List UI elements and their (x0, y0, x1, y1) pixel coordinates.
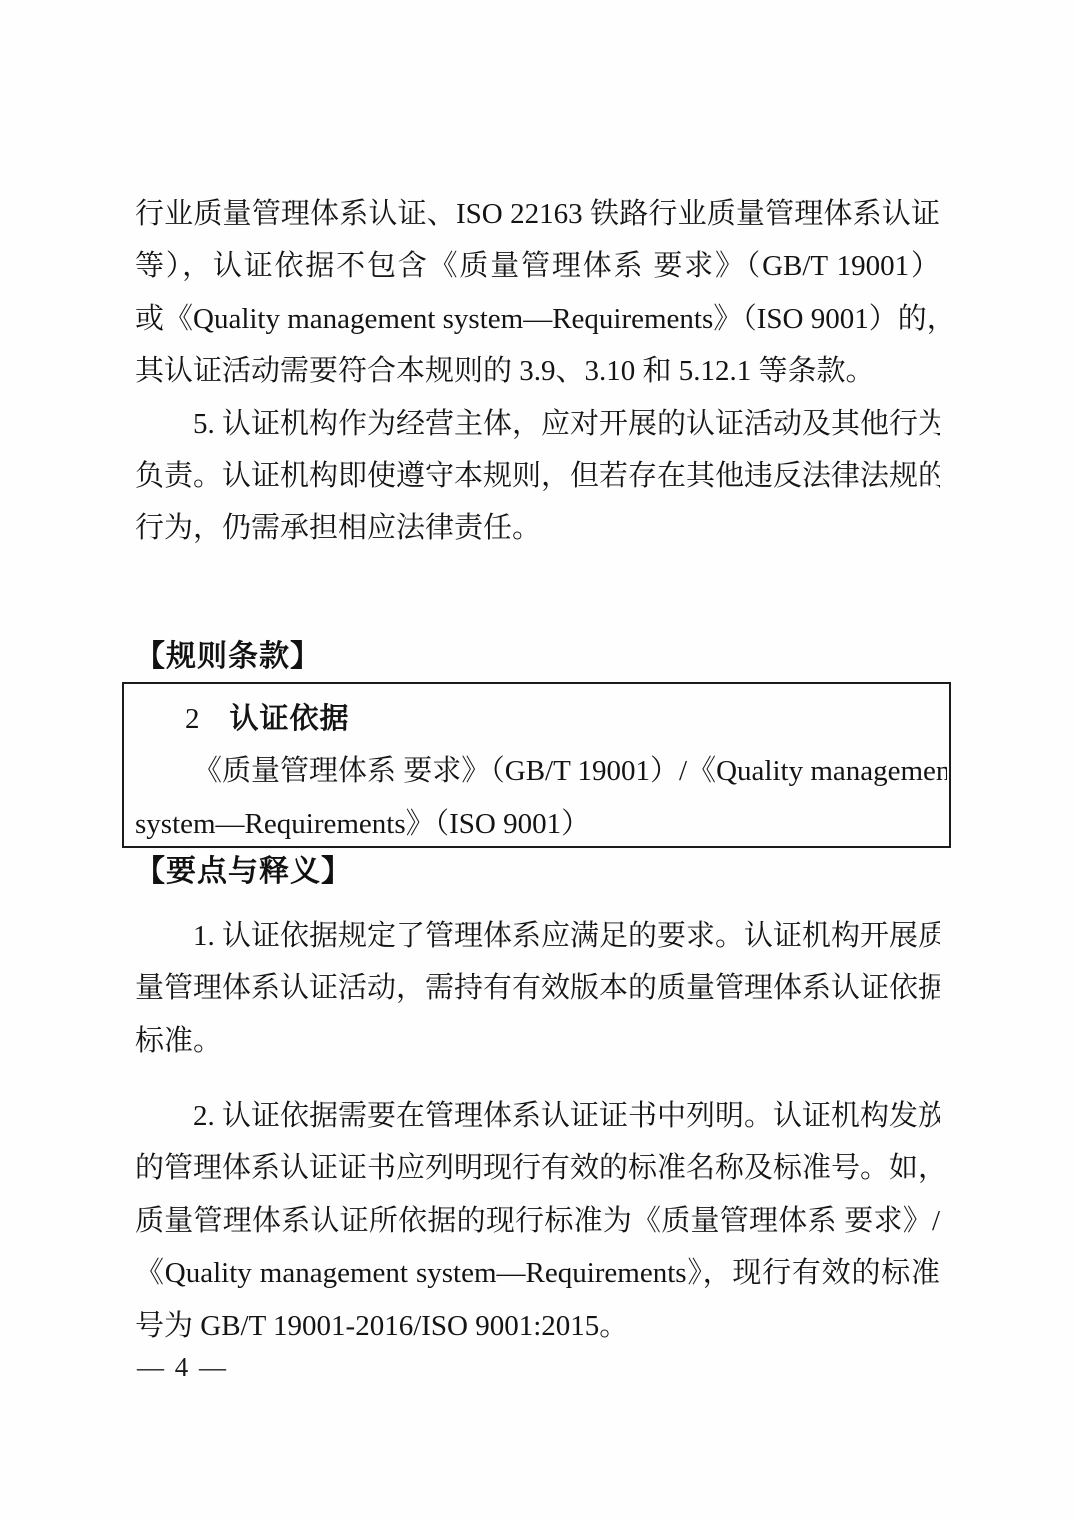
text-line: 或《Quality management system—Requirements… (135, 293, 940, 345)
clause-heading: 2认证依据 (135, 693, 947, 745)
paragraph-point-2: 2. 认证依据需要在管理体系认证证书中列明。认证机构发放的管理体系认证证书应列明… (135, 1090, 940, 1352)
text-line: system—Requirements》（ISO 9001） (135, 798, 947, 850)
text-line: 其认证活动需要符合本规则的 3.9、3.10 和 5.12.1 等条款。 (135, 345, 940, 397)
clause-number: 2 (185, 703, 200, 735)
text-line: 号为 GB/T 19001-2016/ISO 9001:2015。 (135, 1300, 940, 1352)
text-line: 2. 认证依据需要在管理体系认证证书中列明。认证机构发放 (135, 1090, 940, 1142)
paragraph-point-1: 1. 认证依据规定了管理体系应满足的要求。认证机构开展质量管理体系认证活动，需持… (135, 910, 940, 1067)
document-page: 行业质量管理体系认证、ISO 22163 铁路行业质量管理体系认证等），认证依据… (0, 0, 1074, 1520)
points-block-1: 1. 认证依据规定了管理体系应满足的要求。认证机构开展质量管理体系认证活动，需持… (135, 910, 940, 1067)
text-line: 等），认证依据不包含《质量管理体系 要求》（GB/T 19001） (135, 240, 940, 292)
body-text-upper: 行业质量管理体系认证、ISO 22163 铁路行业质量管理体系认证等），认证依据… (135, 188, 940, 555)
rule-clause-box: 2认证依据 《质量管理体系 要求》（GB/T 19001）/《Quality m… (122, 682, 951, 848)
points-block-2: 2. 认证依据需要在管理体系认证证书中列明。认证机构发放的管理体系认证证书应列明… (135, 1090, 940, 1352)
section-header-rule-clause: 【规则条款】 (135, 637, 321, 677)
text-line: 5. 认证机构作为经营主体，应对开展的认证活动及其他行为 (135, 398, 940, 450)
clause-body-paragraph: 《质量管理体系 要求》（GB/T 19001）/《Quality managem… (135, 745, 947, 850)
text-line: 的管理体系认证证书应列明现行有效的标准名称及标准号。如， (135, 1142, 940, 1194)
paragraph-intro: 行业质量管理体系认证、ISO 22163 铁路行业质量管理体系认证等），认证依据… (135, 188, 940, 398)
section-header-points: 【要点与释义】 (135, 852, 352, 892)
paragraph-item5: 5. 认证机构作为经营主体，应对开展的认证活动及其他行为负责。认证机构即使遵守本… (135, 398, 940, 555)
text-line: 《Quality management system—Requirements》… (135, 1247, 940, 1299)
text-line: 《质量管理体系 要求》（GB/T 19001）/《Quality managem… (135, 745, 947, 797)
text-line: 标准。 (135, 1015, 940, 1067)
text-line: 行业质量管理体系认证、ISO 22163 铁路行业质量管理体系认证 (135, 188, 940, 240)
text-line: 1. 认证依据规定了管理体系应满足的要求。认证机构开展质 (135, 910, 940, 962)
clause-title: 认证依据 (230, 703, 350, 735)
text-line: 行为，仍需承担相应法律责任。 (135, 502, 940, 554)
text-line: 质量管理体系认证所依据的现行标准为《质量管理体系 要求》/ (135, 1195, 940, 1247)
text-line: 负责。认证机构即使遵守本规则，但若存在其他违反法律法规的 (135, 450, 940, 502)
text-line: 量管理体系认证活动，需持有有效版本的质量管理体系认证依据 (135, 962, 940, 1014)
page-number: — 4 — (137, 1350, 228, 1384)
